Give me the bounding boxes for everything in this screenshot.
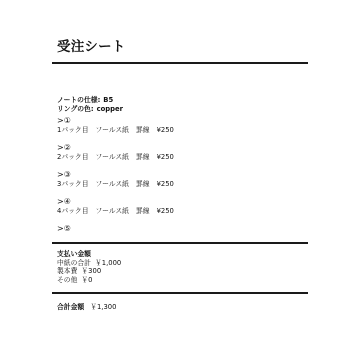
paper-type: フールス紙 <box>96 180 129 188</box>
item-marker: >③ <box>57 170 174 180</box>
pack-label: 2パック目 <box>57 153 89 161</box>
order-sheet: 受注シート ノートの仕様:B5 リングの色:copper >① 1パック目フール… <box>52 0 308 360</box>
payment-divider <box>52 242 308 244</box>
notebook-spec: ノートの仕様:B5 リングの色:copper <box>57 96 123 113</box>
payment-row: 製本費￥300 <box>57 267 121 276</box>
payment-label: 製本費 <box>57 267 77 275</box>
list-item: >① 1パック目フールス紙罫線¥250 <box>57 116 174 143</box>
pack-label: 3パック目 <box>57 180 89 188</box>
item-price: ¥250 <box>157 126 174 134</box>
ring-color-row: リングの色:copper <box>57 105 123 114</box>
payment-label: その他 <box>57 276 77 284</box>
notebook-size-row: ノートの仕様:B5 <box>57 96 123 105</box>
payment-value: ￥1,000 <box>95 259 121 267</box>
paper-type: フールス紙 <box>96 153 129 161</box>
item-detail: 2パック目フールス紙罫線¥250 <box>57 153 174 162</box>
item-price: ¥250 <box>157 180 174 188</box>
item-detail: 1パック目フールス紙罫線¥250 <box>57 126 174 135</box>
payment-summary: 支払い金額 中紙の合計￥1,000 製本費￥300 その他￥0 <box>57 250 121 284</box>
list-item: >⑤ <box>57 224 174 251</box>
payment-label: 中紙の合計 <box>57 259 91 267</box>
item-detail: 3パック目フールス紙罫線¥250 <box>57 180 174 189</box>
payment-value: ￥300 <box>81 267 101 275</box>
pack-label: 1パック目 <box>57 126 89 134</box>
item-detail: 4パック目フールス紙罫線¥250 <box>57 207 174 216</box>
ring-color-value: copper <box>97 105 123 113</box>
list-item: >③ 3パック目フールス紙罫線¥250 <box>57 170 174 197</box>
notebook-size-value: B5 <box>103 96 113 104</box>
rule-type: 罫線 <box>136 207 150 215</box>
total-amount: 合計金額￥1,300 <box>57 303 116 312</box>
item-marker: >④ <box>57 197 174 207</box>
total-value: ￥1,300 <box>90 303 116 311</box>
notebook-size-label: ノートの仕様: <box>57 96 100 104</box>
pack-list: >① 1パック目フールス紙罫線¥250 >② 2パック目フールス紙罫線¥250 … <box>57 116 174 251</box>
payment-row: 中紙の合計￥1,000 <box>57 259 121 268</box>
paper-type: フールス紙 <box>96 207 129 215</box>
ring-color-label: リングの色: <box>57 105 94 113</box>
payment-row: その他￥0 <box>57 276 121 285</box>
paper-type: フールス紙 <box>96 126 129 134</box>
rule-type: 罫線 <box>136 126 150 134</box>
payment-value: ￥0 <box>81 276 92 284</box>
rule-type: 罫線 <box>136 153 150 161</box>
item-price: ¥250 <box>157 207 174 215</box>
page-title: 受注シート <box>57 39 126 55</box>
total-divider <box>52 292 308 294</box>
item-price: ¥250 <box>157 153 174 161</box>
pack-label: 4パック目 <box>57 207 89 215</box>
total-label: 合計金額 <box>57 303 84 311</box>
title-divider <box>52 62 308 64</box>
item-marker: >⑤ <box>57 224 174 234</box>
rule-type: 罫線 <box>136 180 150 188</box>
list-item: >④ 4パック目フールス紙罫線¥250 <box>57 197 174 224</box>
item-marker: >② <box>57 143 174 153</box>
item-marker: >① <box>57 116 174 126</box>
list-item: >② 2パック目フールス紙罫線¥250 <box>57 143 174 170</box>
payment-heading: 支払い金額 <box>57 250 121 259</box>
